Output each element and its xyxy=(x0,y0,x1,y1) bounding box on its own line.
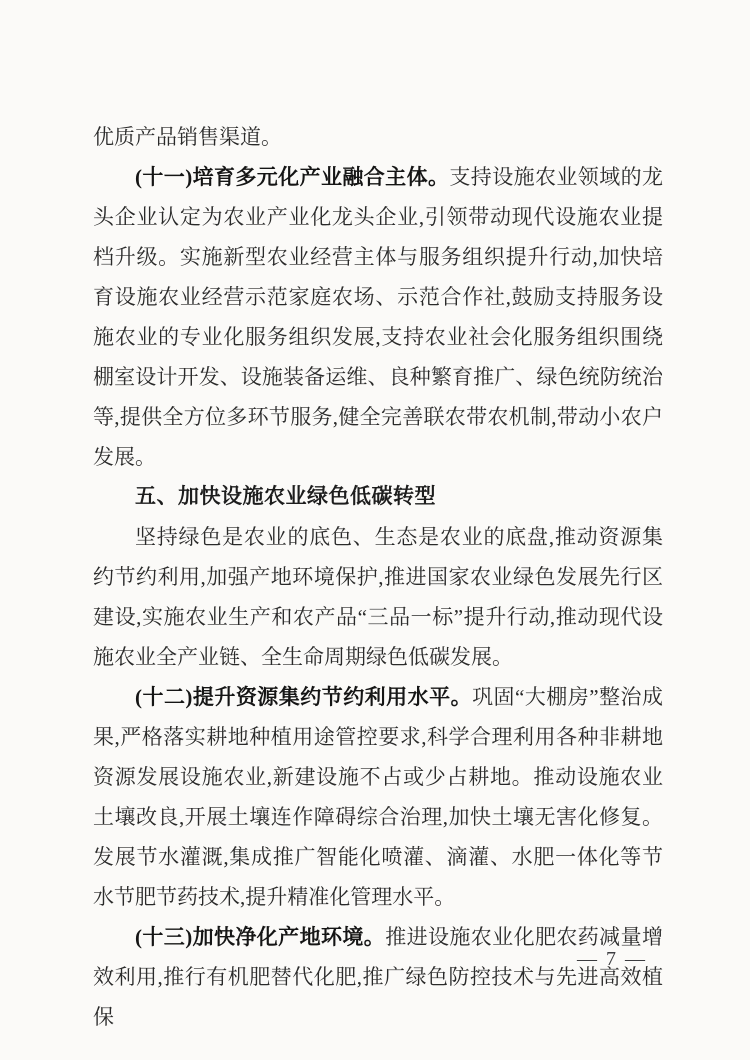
page-number: — 7 — xyxy=(577,948,647,971)
paragraph-lead: (十三)加快净化产地环境。 xyxy=(135,925,385,949)
paragraph-text: 支持设施农业领域的龙头企业认定为农业产业化龙头企业,引领带动现代设施农业提档升级… xyxy=(93,165,663,469)
paragraph-lead: (十一)培育多元化产业融合主体。 xyxy=(135,165,449,189)
document-content: 优质产品销售渠道。(十一)培育多元化产业融合主体。支持设施农业领域的龙头企业认定… xyxy=(93,117,663,1037)
paragraph-lead: (十二)提升资源集约节约利用水平。 xyxy=(135,685,472,709)
paragraph-text: 坚持绿色是农业的底色、生态是农业的底盘,推动资源集约节约利用,加强产地环境保护,… xyxy=(93,525,663,669)
section-heading: 五、加快设施农业绿色低碳转型 xyxy=(93,477,663,517)
paragraph-text: 巩固“大棚房”整治成果,严格落实耕地种植用途管控要求,科学合理利用各种非耕地资源… xyxy=(93,685,663,909)
document-page: 优质产品销售渠道。(十一)培育多元化产业融合主体。支持设施农业领域的龙头企业认定… xyxy=(0,0,750,1060)
paragraph: (十一)培育多元化产业融合主体。支持设施农业领域的龙头企业认定为农业产业化龙头企… xyxy=(93,157,663,477)
paragraph: 优质产品销售渠道。 xyxy=(93,117,663,157)
paragraph: (十二)提升资源集约节约利用水平。巩固“大棚房”整治成果,严格落实耕地种植用途管… xyxy=(93,677,663,917)
paragraph: 坚持绿色是农业的底色、生态是农业的底盘,推动资源集约节约利用,加强产地环境保护,… xyxy=(93,517,663,677)
paragraph: (十三)加快净化产地环境。推进设施农业化肥农药减量增效利用,推行有机肥替代化肥,… xyxy=(93,917,663,1037)
section-heading-text: 五、加快设施农业绿色低碳转型 xyxy=(135,485,436,508)
paragraph-text: 优质产品销售渠道。 xyxy=(93,125,282,149)
